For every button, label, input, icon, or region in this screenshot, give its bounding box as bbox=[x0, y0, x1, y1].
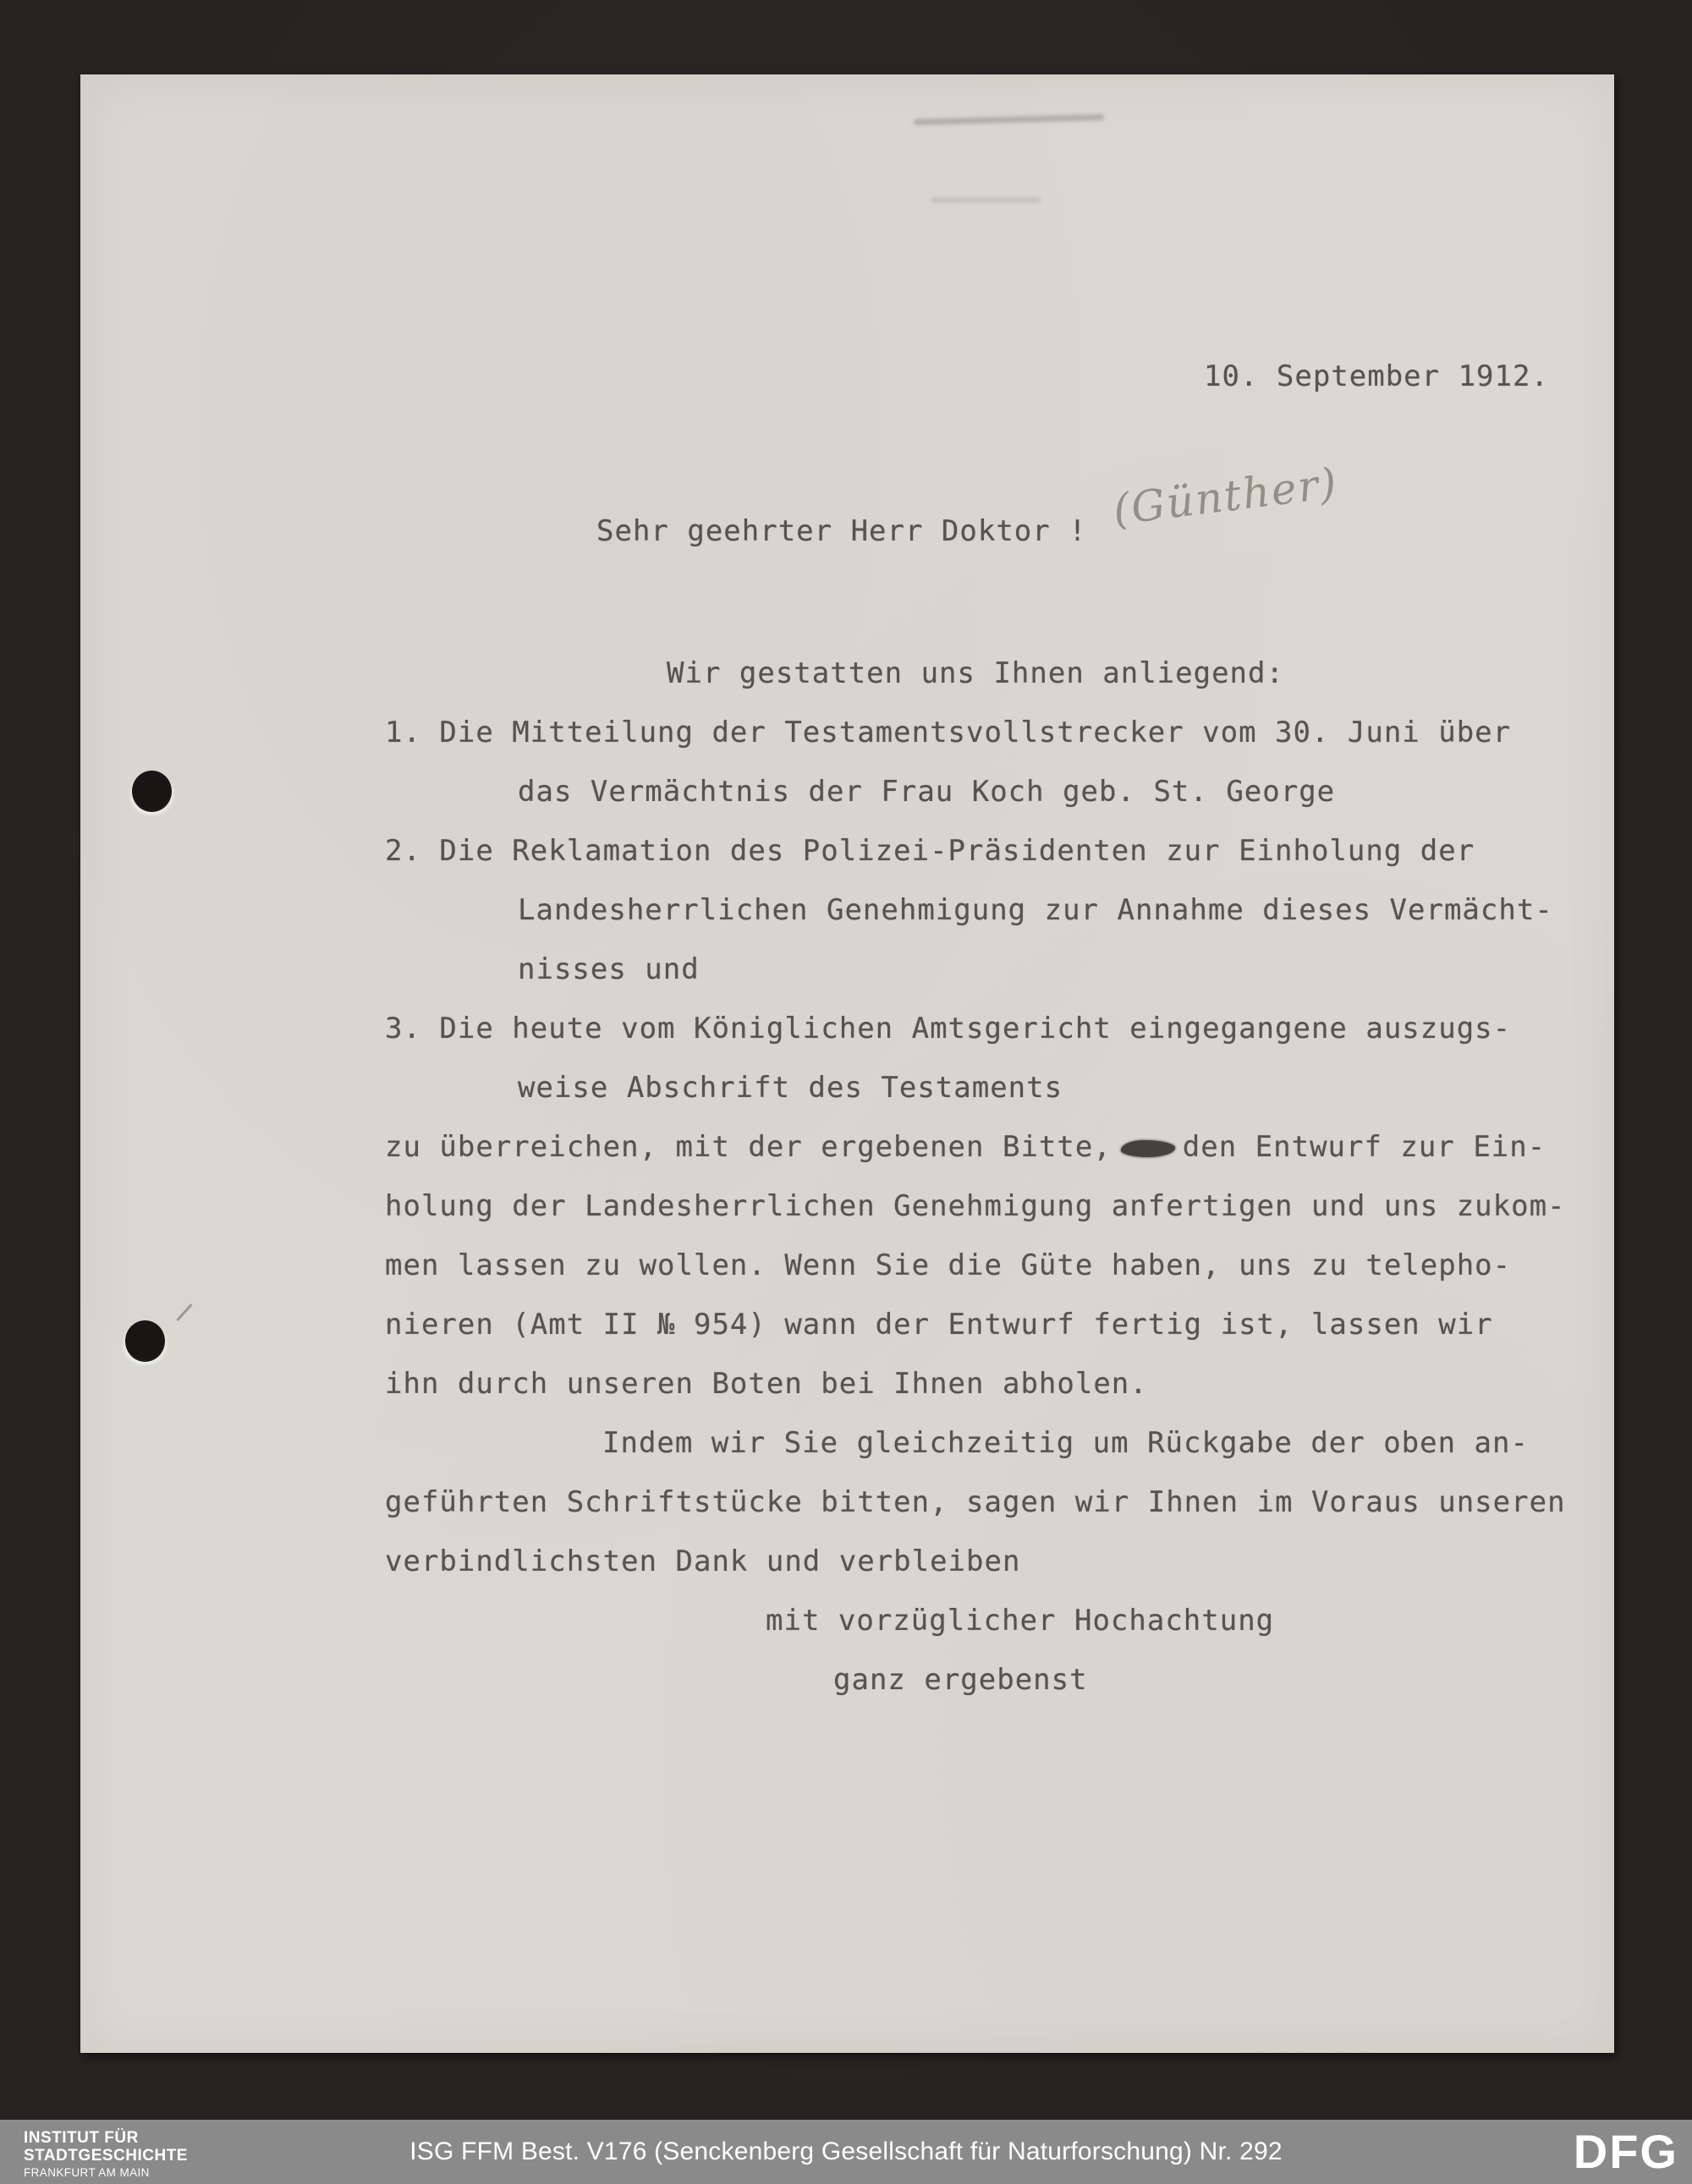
handwritten-name-annotation: (Günther) bbox=[1110, 458, 1340, 535]
dfg-logo: DFG bbox=[1574, 2126, 1678, 2177]
salutation-line: Sehr geehrter Herr Doktor ! bbox=[596, 514, 1087, 548]
letter-line: men lassen zu wollen. Wenn Sie die Güte … bbox=[385, 1248, 1511, 1282]
footer-bar: INSTITUT FÜR STADTGESCHICHTE FRANKFURT A… bbox=[0, 2120, 1692, 2184]
letter-line: mit vorzüglicher Hochachtung bbox=[766, 1604, 1274, 1638]
bleedthrough-smudge bbox=[914, 114, 1104, 125]
letter-line-text: zu überreichen, mit der ergebenen Bitte, bbox=[385, 1130, 1112, 1164]
punch-hole-bottom bbox=[125, 1320, 165, 1362]
letter-line: ihn durch unseren Boten bei Ihnen abhole… bbox=[385, 1367, 1148, 1401]
strikeout-blot bbox=[1121, 1140, 1175, 1157]
bleedthrough-smudge bbox=[931, 198, 1041, 202]
letter-line: das Vermächtnis der Frau Koch geb. St. G… bbox=[518, 775, 1335, 809]
letter-line: verbindlichsten Dank und verbleiben bbox=[385, 1545, 1020, 1578]
letter-line: geführten Schriftstücke bitten, sagen wi… bbox=[385, 1485, 1566, 1519]
letter-line: nieren (Amt II № 954) wann der Entwurf f… bbox=[385, 1308, 1493, 1342]
letter-line: Landesherrlichen Genehmigung zur Annahme… bbox=[518, 893, 1553, 927]
letter-line: weise Abschrift des Testaments bbox=[518, 1071, 1063, 1105]
letter-line: nisses und bbox=[518, 952, 700, 986]
letter-line: 2. Die Reklamation des Polizei-Präsident… bbox=[385, 834, 1475, 868]
letter-line: Indem wir Sie gleichzeitig um Rückgabe d… bbox=[602, 1426, 1529, 1460]
letter-line: ganz ergebenst bbox=[833, 1663, 1088, 1697]
letter-line: holung der Landesherrlichen Genehmigung … bbox=[385, 1189, 1566, 1223]
archive-reference: ISG FFM Best. V176 (Senckenberg Gesellsc… bbox=[0, 2120, 1692, 2184]
letter-line: 3. Die heute vom Königlichen Amtsgericht… bbox=[385, 1012, 1511, 1045]
letter-line: Wir gestatten uns Ihnen anliegend: bbox=[667, 656, 1284, 690]
letter-line: 1. Die Mitteilung der Testamentsvollstre… bbox=[385, 716, 1511, 749]
letter-page: 10. September 1912. Sehr geehrter Herr D… bbox=[80, 74, 1614, 2053]
letter-date: 10. September 1912. bbox=[1204, 359, 1549, 393]
punch-hole-top bbox=[132, 771, 172, 812]
letter-line: zu überreichen, mit der ergebenen Bitte,… bbox=[385, 1130, 1546, 1164]
letter-line-text: den Entwurf zur Ein- bbox=[1183, 1130, 1546, 1164]
scan-background: 10. September 1912. Sehr geehrter Herr D… bbox=[0, 0, 1692, 2184]
pencil-tick-mark bbox=[176, 1303, 193, 1321]
